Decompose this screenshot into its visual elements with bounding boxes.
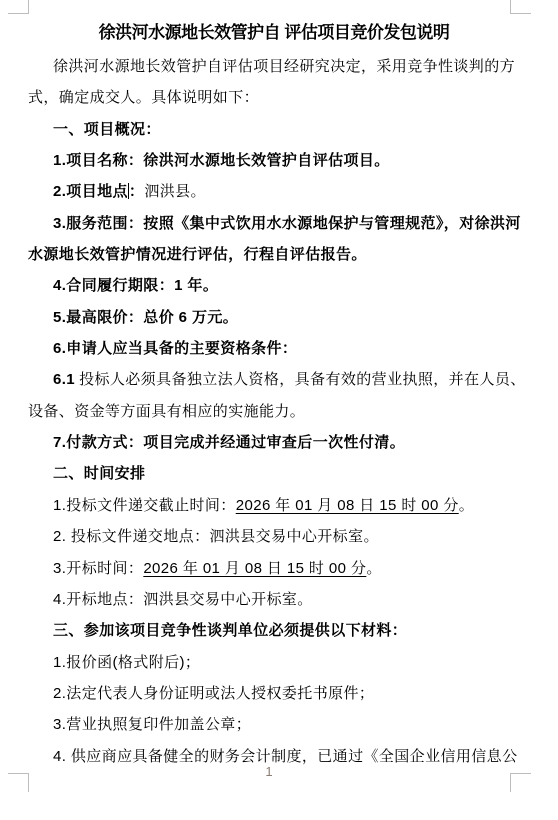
bid-opening-datetime: 2026 年 01 月 08 日 15 时 00 分 [143, 560, 366, 577]
bid-opening-period: 。 [366, 560, 381, 577]
item-service-scope-line-2: 水源地长效管护情况进行评估，行程自评估报告。 [28, 239, 520, 270]
item-submission-place: 2. 投标文件递交地点：泗洪县交易中心开标室。 [28, 521, 520, 552]
submission-deadline-period: 。 [459, 497, 474, 514]
margin-crop-mark-bottom-right [510, 773, 531, 792]
submission-deadline-datetime: 2026 年 01 月 08 日 15 时 00 分 [236, 497, 459, 514]
submission-deadline-label: 1.投标文件递交截止时间： [53, 497, 236, 514]
qualification-number: 6.1 [53, 371, 75, 388]
item-submission-deadline: 1.投标文件递交截止时间：2026 年 01 月 08 日 15 时 00 分。 [28, 490, 520, 521]
item-bid-opening-place: 4.开标地点：泗洪县交易中心开标室。 [28, 584, 520, 615]
item-material-license: 3.营业执照复印件加盖公章； [28, 709, 520, 740]
section1-heading: 一、项目概况： [28, 114, 520, 145]
project-location-label: 2.项目地点 [53, 183, 128, 200]
item-payment-method: 7.付款方式：项目完成并经通过审查后一次性付清。 [28, 427, 520, 458]
item-bid-opening-time: 3.开标时间：2026 年 01 月 08 日 15 时 00 分。 [28, 553, 520, 584]
qualification-text: 投标人必须具备独立法人资格，具备有效的营业执照，并在人员、 [79, 371, 526, 388]
margin-crop-mark-top-left [8, 0, 29, 14]
document-page[interactable]: 徐洪河水源地长效管护自 评估项目竞价发包说明 徐洪河水源地长效管护自评估项目经研… [0, 0, 558, 820]
item-qualification-6-1-line-2: 设备、资金等方面具有相应的实施能力。 [28, 396, 520, 427]
document-content: 徐洪河水源地长效管护自 评估项目竞价发包说明 徐洪河水源地长效管护自评估项目经研… [28, 14, 520, 772]
intro-line-2: 式，确定成交人。具体说明如下： [28, 82, 520, 113]
item-service-scope-line-1: 3.服务范围：按照《集中式饮用水水源地保护与管理规范》，对徐洪河 [28, 208, 520, 239]
page-number: 1 [28, 764, 510, 779]
project-location-value: 泗洪县。 [144, 183, 206, 200]
bid-opening-time-label: 3.开标时间： [53, 560, 143, 577]
item-qualification-6-1-line-1: 6.1投标人必须具备独立法人资格，具备有效的营业执照，并在人员、 [28, 364, 520, 395]
document-title: 徐洪河水源地长效管护自 评估项目竞价发包说明 [28, 14, 520, 51]
intro-line-1: 徐洪河水源地长效管护自评估项目经研究决定，采用竞争性谈判的方 [28, 51, 520, 82]
section3-heading: 三、参加该项目竞争性谈判单位必须提供以下材料： [28, 615, 520, 646]
margin-crop-mark-top-right [510, 0, 531, 14]
item-project-name: 1.项目名称：徐洪河水源地长效管护自评估项目。 [28, 145, 520, 176]
item-price-ceiling: 5.最高限价：总价 6 万元。 [28, 302, 520, 333]
item-project-location: 2.项目地点：泗洪县。 [28, 176, 520, 207]
item-contract-term: 4.合同履行期限：1 年。 [28, 270, 520, 301]
item-qualification-heading: 6.申请人应当具备的主要资格条件： [28, 333, 520, 364]
project-location-colon: ： [129, 183, 144, 200]
margin-crop-mark-bottom-left [8, 773, 29, 792]
item-material-quotation: 1.报价函(格式附后)； [28, 647, 520, 678]
section2-heading: 二、时间安排 [28, 458, 520, 489]
item-material-legal-rep: 2.法定代表人身份证明或法人授权委托书原件； [28, 678, 520, 709]
